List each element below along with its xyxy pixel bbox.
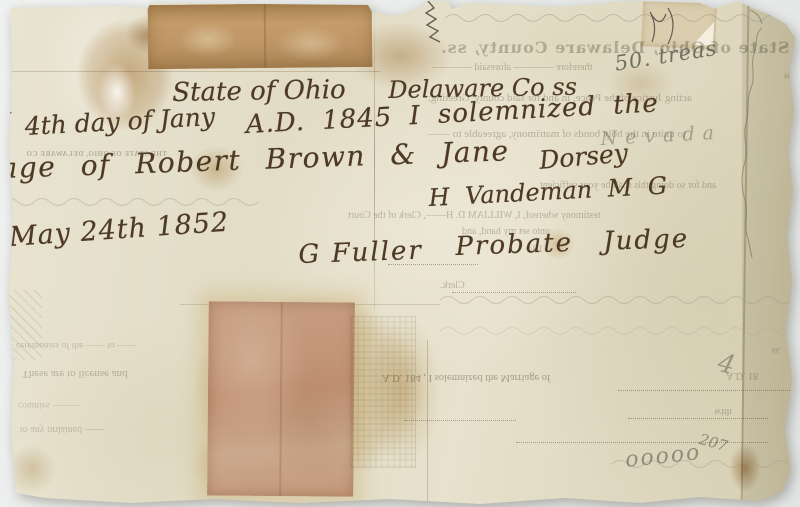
- bleedthrough-with: with: [714, 406, 732, 417]
- tape-blotch: [276, 25, 346, 62]
- scallop-border-line: [2, 199, 258, 206]
- bleedthrough-solemnized: A.D. 184 , I solemnized the Marriage of: [382, 372, 551, 383]
- tape-blotch: [178, 22, 238, 57]
- stain: [0, 436, 64, 502]
- tape-seam: [264, 4, 267, 68]
- fold-crease: [0, 71, 380, 72]
- handwriting-judge-name: G Fuller: [298, 236, 423, 270]
- patch-seam: [279, 302, 283, 496]
- stray-ink-mark: (: [0, 106, 12, 142]
- pencil-loop-scribble: ooooo: [624, 440, 702, 473]
- document-paper: The State of Ohio, Delaware County, ss. …: [0, 0, 800, 507]
- dotted-form-line: [452, 292, 576, 293]
- bleedthrough-counties: counties ———: [18, 400, 81, 410]
- bleedthrough-ss: ss.: [772, 346, 781, 356]
- scallop-border-line: [440, 297, 792, 304]
- bleedthrough-ceremonies: ceremonies of the —— to ——: [16, 340, 136, 350]
- dotted-form-line: [618, 390, 790, 391]
- bleedthrough-clerk: Clerk.: [440, 280, 465, 291]
- dotted-form-line: [404, 420, 516, 421]
- stain: [742, 0, 800, 507]
- handwriting-marriage-line: age of Robert Brown & Jane: [0, 134, 510, 185]
- bleedthrough-ordained: to any ordained ——: [20, 424, 105, 435]
- bleedthrough-line: testimony whereof, I, WILLIAM D. H——, Cl…: [348, 210, 600, 221]
- stain: [724, 436, 766, 500]
- dotted-form-line: [516, 442, 768, 443]
- bleedthrough-line: therefore ———— aforesaid ————: [432, 62, 592, 73]
- fold-crease: [427, 340, 428, 507]
- aged-tape-strip: [148, 3, 373, 69]
- aged-paper-patch: [207, 301, 355, 496]
- pencil-number: 207: [697, 430, 729, 455]
- scallop-border-line: [440, 328, 792, 335]
- pen-zigzag-mark: [426, 1, 440, 42]
- dotted-form-line: [628, 418, 768, 419]
- photo-backdrop: The State of Ohio, Delaware County, ss. …: [0, 0, 800, 507]
- embossed-border-pattern: [350, 316, 416, 468]
- scallop-border-line: [445, 15, 781, 22]
- bleedthrough-ss: ss: [784, 70, 791, 80]
- handwriting-officiant: H Vandeman M G: [428, 172, 668, 212]
- handwriting-filed-date: May 24th 1852: [8, 207, 230, 253]
- paper-shadow: The State of Ohio, Delaware County, ss. …: [0, 0, 800, 507]
- bleedthrough-license: These are to license and: [22, 368, 128, 380]
- handwriting-day: 4th day of Jany: [24, 102, 216, 141]
- pencil-faint-name: Nevada: [600, 122, 722, 150]
- fold-crease: [740, 0, 749, 507]
